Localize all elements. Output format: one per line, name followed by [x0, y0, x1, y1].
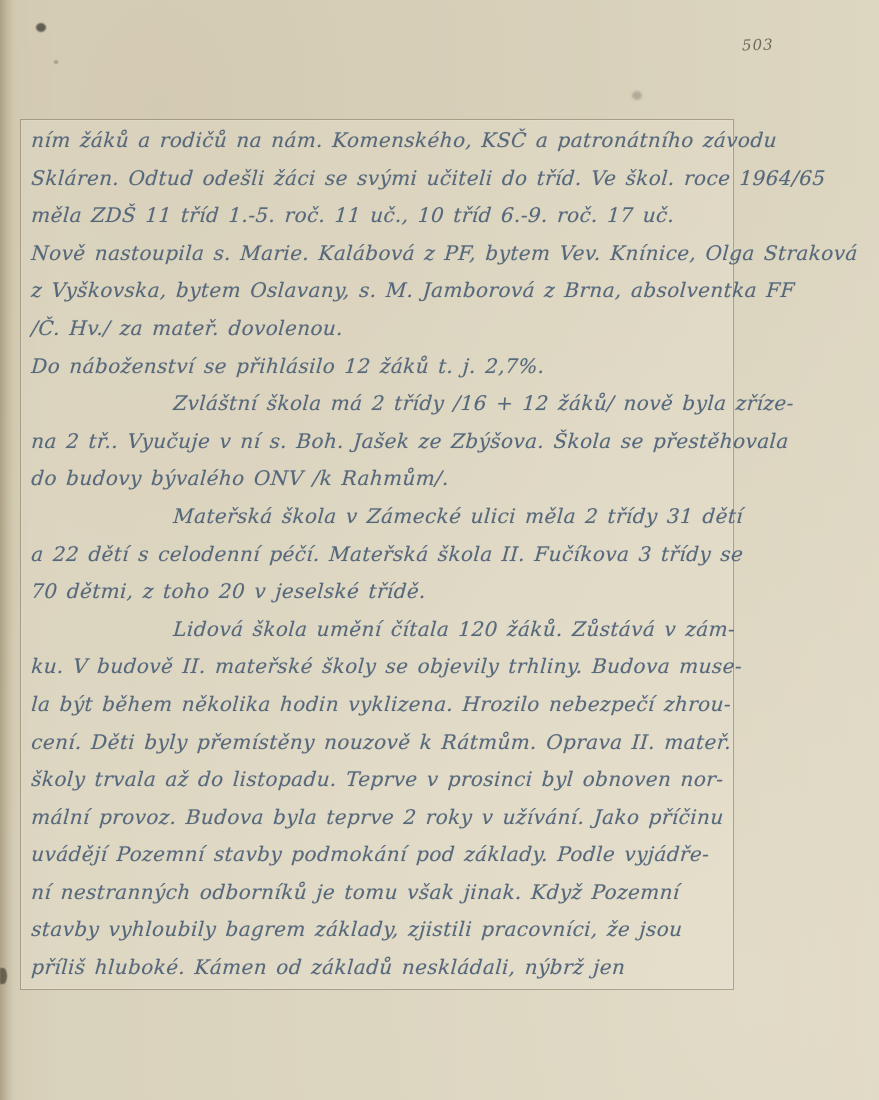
- manuscript-line: na 2 tř.. Vyučuje v ní s. Boh. Jašek ze …: [30, 423, 778, 461]
- manuscript-line: do budovy bývalého ONV /k Rahmům/.: [30, 460, 778, 498]
- manuscript-line: příliš hluboké. Kámen od základů nesklád…: [30, 949, 778, 987]
- paper-smudge: [632, 91, 642, 100]
- manuscript-line: Do náboženství se přihlásilo 12 žáků t. …: [30, 348, 778, 386]
- manuscript-line: la být během několika hodin vyklizena. H…: [30, 686, 778, 724]
- manuscript-line: ku. V budově II. mateřské školy se objev…: [30, 648, 778, 686]
- manuscript-text: ním žáků a rodičů na nám. Komenského, KS…: [30, 122, 775, 987]
- manuscript-line: Mateřská škola v Zámecké ulici měla 2 tř…: [30, 498, 778, 536]
- manuscript-line: 70 dětmi, z toho 20 v jeselské třídě.: [30, 573, 778, 611]
- manuscript-line: ní nestranných odborníků je tomu však ji…: [30, 874, 778, 912]
- manuscript-line: školy trvala až do listopadu. Teprve v p…: [30, 761, 778, 799]
- page-number: 503: [742, 35, 774, 54]
- chronicle-page: 503 ním žáků a rodičů na nám. Komenského…: [0, 0, 879, 1100]
- manuscript-line: mální provoz. Budova byla teprve 2 roky …: [30, 799, 778, 837]
- manuscript-line: Lidová škola umění čítala 120 žáků. Zůst…: [30, 611, 778, 649]
- page-edge-shade: [0, 0, 14, 1100]
- ink-blot: [36, 23, 46, 32]
- edge-blot: [0, 968, 7, 984]
- manuscript-line: měla ZDŠ 11 tříd 1.-5. roč. 11 uč., 10 t…: [30, 197, 778, 235]
- manuscript-line: uvádějí Pozemní stavby podmokání pod zák…: [30, 836, 778, 874]
- manuscript-line: Skláren. Odtud odešli žáci se svými učit…: [30, 160, 778, 198]
- manuscript-line: a 22 dětí s celodenní péčí. Mateřská ško…: [30, 536, 778, 574]
- manuscript-line: Zvláštní škola má 2 třídy /16 + 12 žáků/…: [30, 385, 778, 423]
- manuscript-line: /Č. Hv./ za mateř. dovolenou.: [30, 310, 778, 348]
- manuscript-line: ním žáků a rodičů na nám. Komenského, KS…: [30, 122, 778, 160]
- manuscript-line: cení. Děti byly přemístěny nouzově k Rát…: [30, 724, 778, 762]
- manuscript-line: Nově nastoupila s. Marie. Kalábová z PF,…: [30, 235, 778, 273]
- manuscript-line: z Vyškovska, bytem Oslavany, s. M. Jambo…: [30, 272, 778, 310]
- ink-speck: [54, 60, 58, 64]
- manuscript-line: stavby vyhloubily bagrem základy, zjisti…: [30, 911, 778, 949]
